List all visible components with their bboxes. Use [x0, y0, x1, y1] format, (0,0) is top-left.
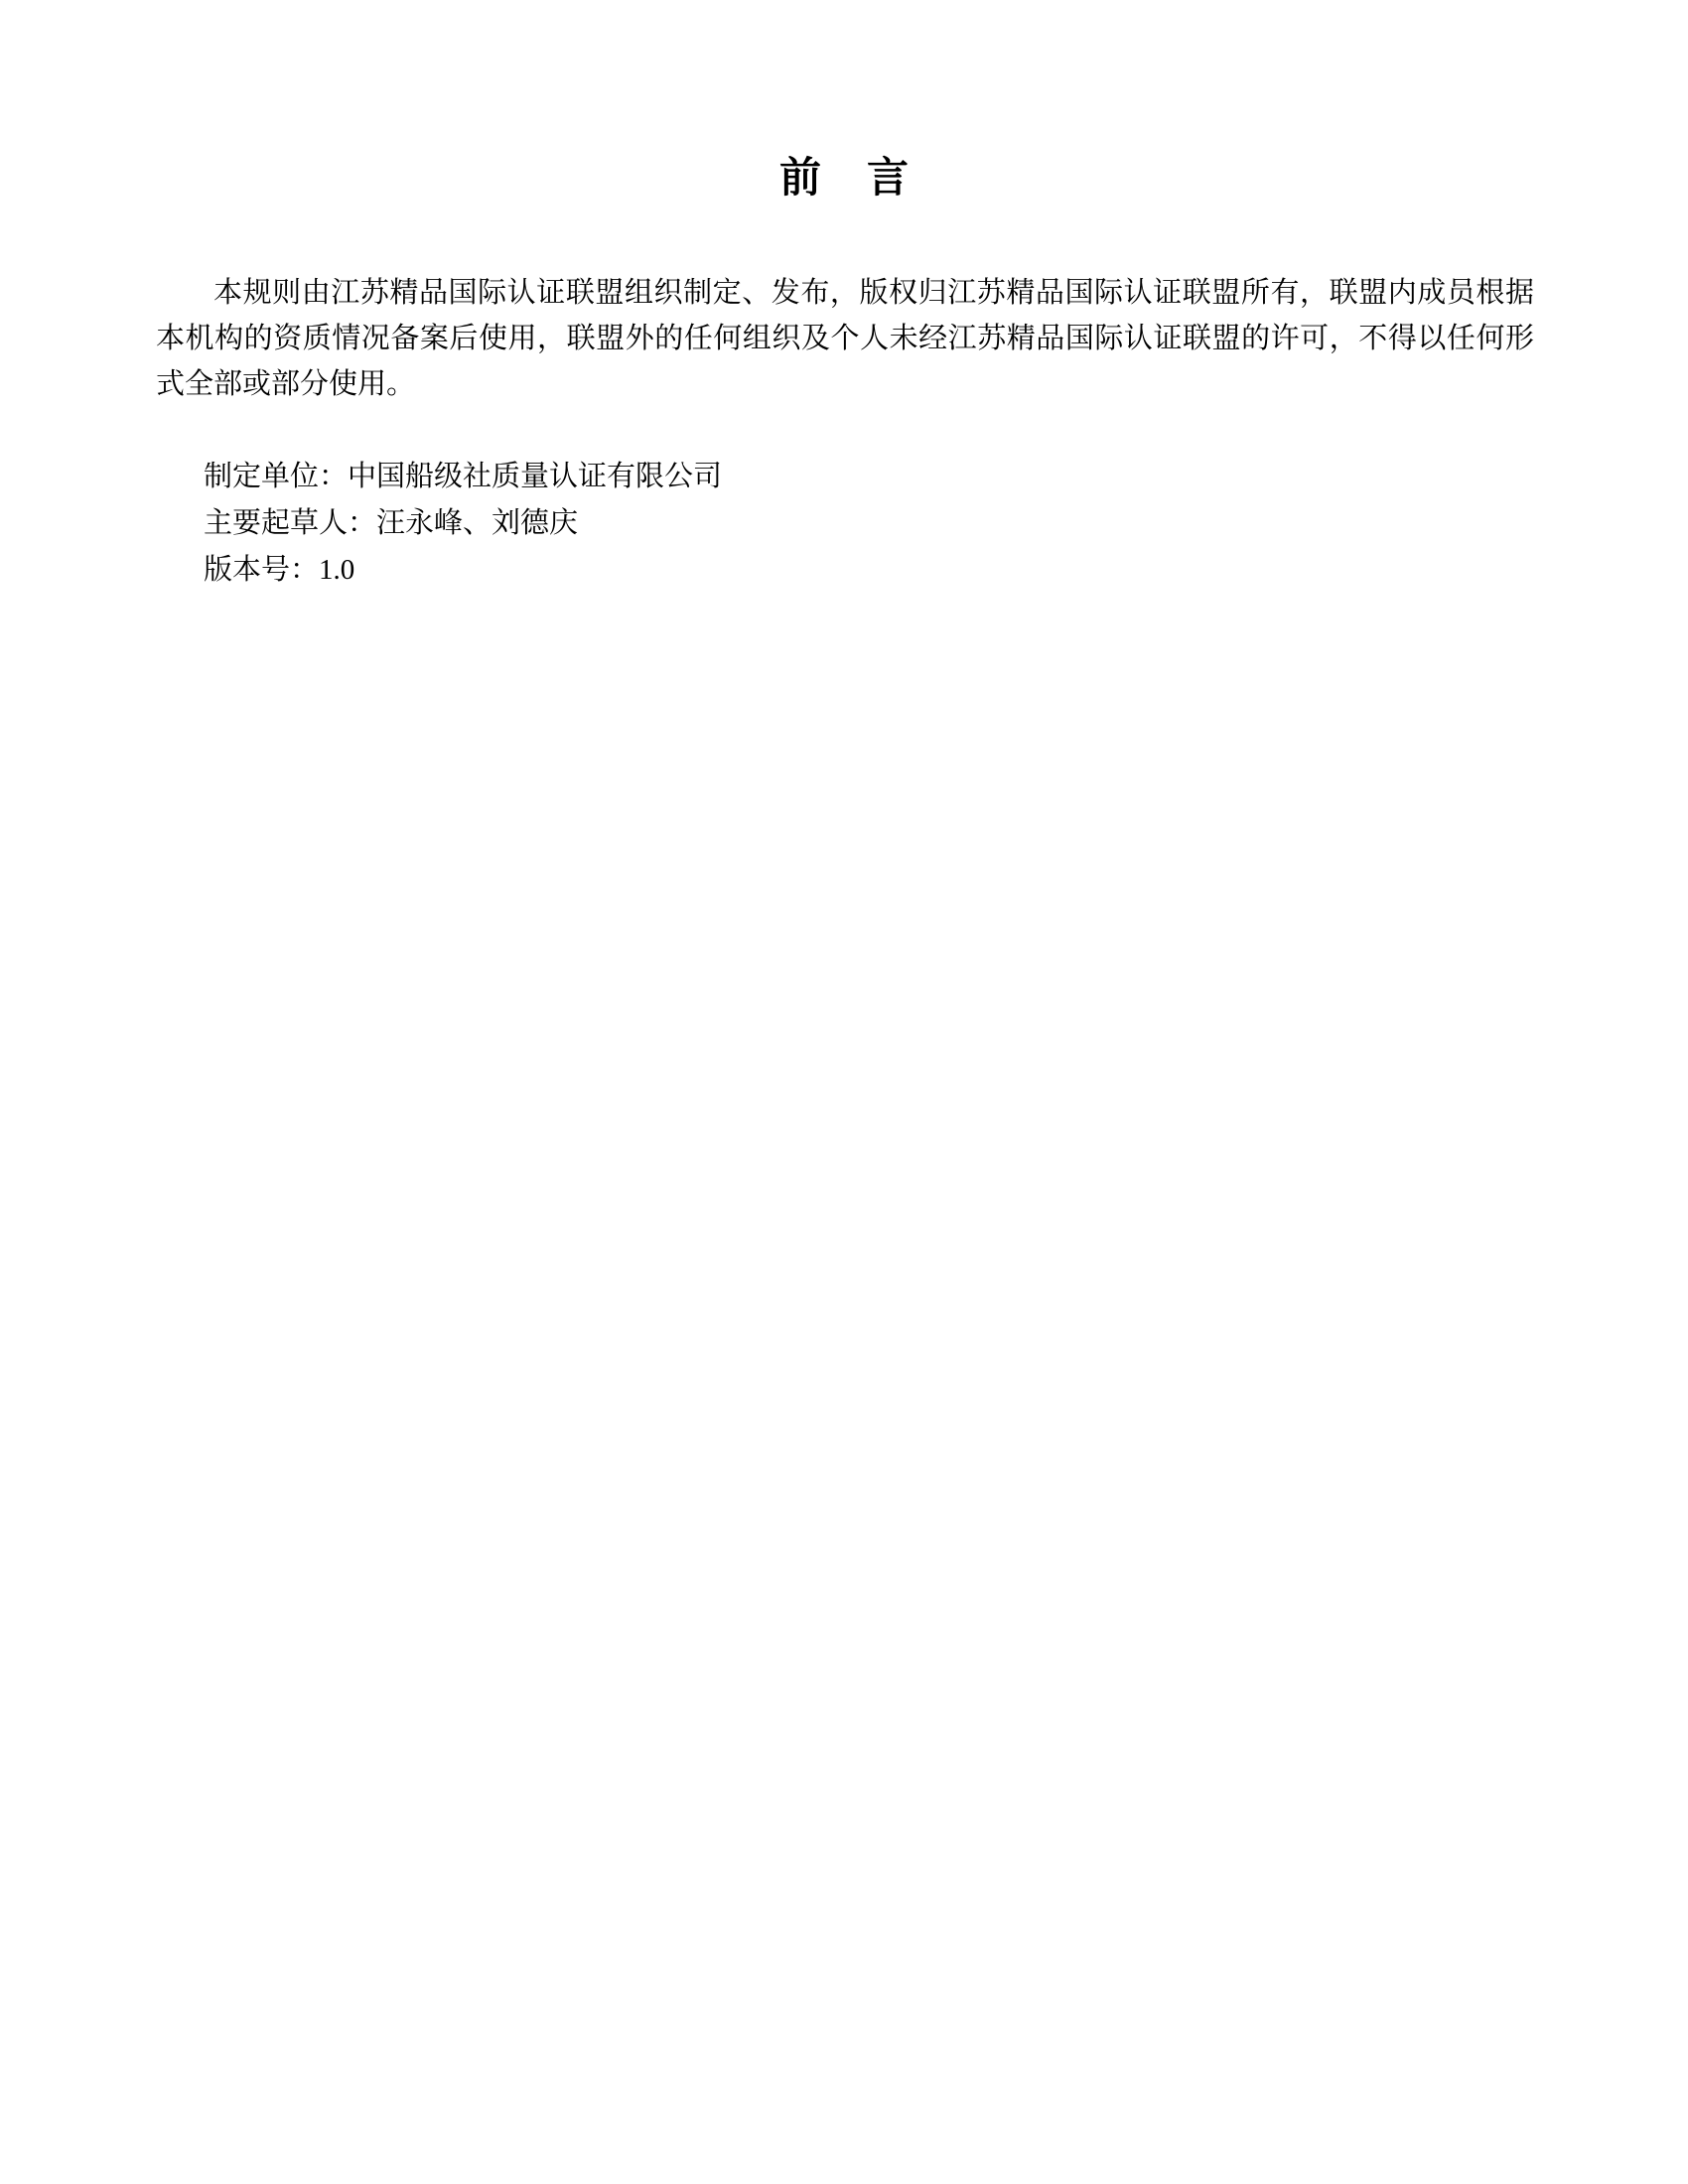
info-block: 制定单位：中国船级社质量认证有限公司 主要起草人：汪永峰、刘德庆 版本号：1.0 — [156, 454, 1534, 594]
publisher-line: 制定单位：中国船级社质量认证有限公司 — [156, 454, 1534, 500]
drafters-line: 主要起草人：汪永峰、刘德庆 — [156, 500, 1534, 547]
paragraph-line-1: 本规则由江苏精品国际认证联盟组织制定、发布，版权归江苏精品国际认证联盟所有，联盟… — [156, 270, 1534, 316]
version-line: 版本号：1.0 — [156, 547, 1534, 594]
paragraph-line-3: 式全部或部分使用。 — [156, 361, 1534, 407]
intro-paragraph: 本规则由江苏精品国际认证联盟组织制定、发布，版权归江苏精品国际认证联盟所有，联盟… — [156, 270, 1534, 407]
page-title: 前 言 — [156, 157, 1534, 199]
document-page: 前 言 本规则由江苏精品国际认证联盟组织制定、发布，版权归江苏精品国际认证联盟所… — [0, 0, 1688, 2184]
paragraph-line-2: 本机构的资质情况备案后使用，联盟外的任何组织及个人未经江苏精品国际认证联盟的许可… — [156, 316, 1534, 361]
